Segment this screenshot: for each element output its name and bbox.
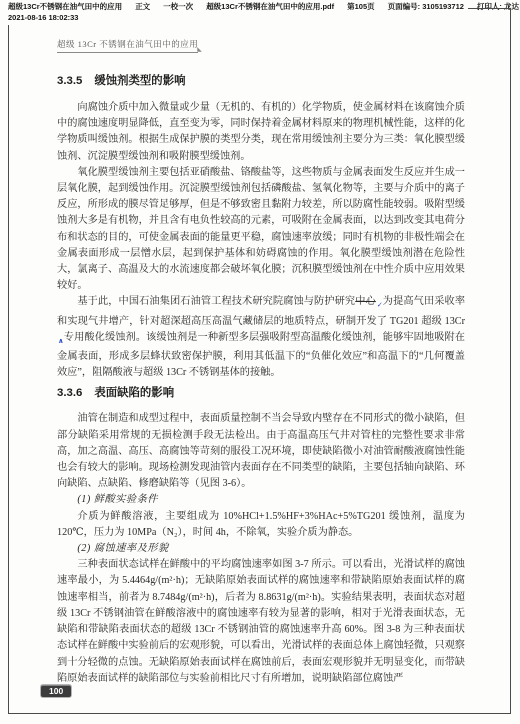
section-heading-336: 3.3.6表面缺陷的影响 (57, 386, 465, 400)
paragraph: 油管在制造和成型过程中，表面质量控制不当会导致内壁存在不同形式的微小缺陷，但部分… (57, 411, 465, 492)
topbar-filename: 超级13Cr不锈钢在油气田中的应用.pdf (206, 2, 334, 12)
topbar-page-id-label: 页面编号: 3105193712 (388, 2, 464, 12)
paragraph: 向腐蚀介质中加入微量或少量（无机的、有机的）化学物质，使金属材料在该腐蚀介质中的… (57, 100, 465, 165)
frame-top-border (468, 8, 511, 9)
frame-bottom-border (8, 713, 511, 714)
frame-right-border (510, 8, 511, 714)
section-number: 3.3.5 (57, 75, 82, 87)
list-subheading-2: (2) 腐蚀速率及形貌 (57, 541, 465, 557)
topbar: 超级13Cr不锈钢在油气田中的应用 正文 一校一次 超级13Cr不锈钢在油气田中… (8, 2, 468, 23)
list-subheading-1: (1) 鲜酸实验条件 (57, 492, 465, 508)
section-number: 3.3.6 (57, 387, 82, 399)
paragraph: 氧化膜型缓蚀剂主要包括亚硝酸盐、铬酸盐等，这些物质与金属表面发生反应并生成一层氧… (57, 165, 465, 295)
topbar-page-label: 第105页 (347, 2, 375, 12)
header-rule-arrow-icon: ◣ (197, 46, 202, 53)
topbar-doc-title: 超级13Cr不锈钢在油气田中的应用 (8, 2, 122, 12)
paragraph: 介质为鲜酸溶液，主要组成为 10%HCl+1.5%HF+3%HAc+5%TG20… (57, 509, 465, 541)
running-header: 超级 13Cr 不锈钢在油气田中的应用◣ (57, 38, 202, 53)
section-heading-335: 3.3.5缓蚀剂类型的影响 (57, 74, 465, 88)
paragraph-with-proof-marks: 基于此，中国石油集团石油管工程技术研究院腐蚀与防护研究中心✓为提高气田采收率和实… (57, 294, 465, 381)
topbar-row-1: 超级13Cr不锈钢在油气田中的应用 正文 一校一次 超级13Cr不锈钢在油气田中… (8, 2, 468, 12)
paragraph-segment: 专用酸化缓蚀剂。该缓蚀剂是一种新型多层强吸附型高温酸化缓蚀剂，能够牢固地吸附在金… (57, 332, 465, 378)
topbar-printer-label: 打印人: 龙达 (477, 2, 519, 12)
topbar-stage-label: 正文 (135, 2, 150, 12)
page-content: 3.3.5缓蚀剂类型的影响 向腐蚀介质中加入微量或少量（无机的、有机的）化学物质… (57, 74, 465, 687)
page-number-badge: 100 (40, 684, 72, 698)
section-title: 表面缺陷的影响 (94, 387, 174, 399)
deleted-text: 中心 (355, 296, 376, 307)
paragraph: 三种表面状态试样在鲜酸中的平均腐蚀速率如图 3-7 所示。可以看出，光滑试样的腐… (57, 557, 465, 687)
frame-left-border (8, 25, 9, 713)
section-title: 缓蚀剂类型的影响 (94, 75, 185, 87)
topbar-proof-round-label: 一校一次 (163, 2, 193, 12)
paragraph-segment: 基于此，中国石油集团石油管工程技术研究院腐蚀与防护研究 (77, 296, 355, 307)
topbar-timestamp: 2021-08-16 18:02:33 (8, 13, 468, 23)
running-header-text: 超级 13Cr 不锈钢在油气田中的应用 (57, 38, 198, 53)
